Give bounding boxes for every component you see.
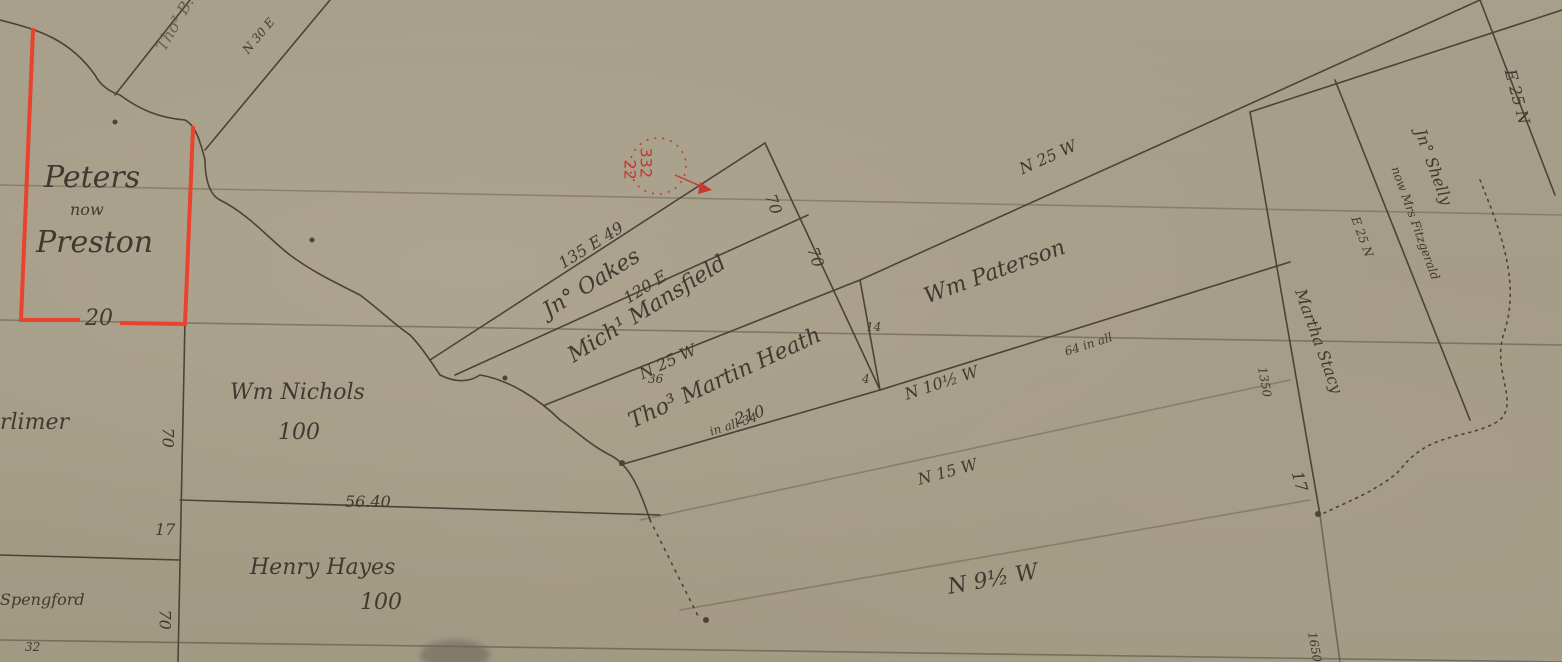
- label-spengford: Spengford: [0, 590, 85, 609]
- label-now: now: [70, 200, 104, 219]
- measure-32: 32: [25, 640, 40, 654]
- ink-stain: [420, 640, 490, 662]
- measure-14: 14: [866, 320, 881, 334]
- acreage-nichols: 100: [278, 420, 320, 445]
- measure-20: 20: [85, 306, 113, 331]
- measure-70d: 70: [156, 610, 175, 630]
- label-peters: Peters: [44, 160, 140, 195]
- acreage-mansfield: 36: [648, 372, 663, 386]
- measure-56-40: 56.40: [345, 492, 391, 511]
- survey-lines: [0, 0, 1562, 662]
- label-lorimer: rlimer: [0, 410, 69, 435]
- acreage-hayes: 100: [360, 590, 402, 615]
- measure-17a: 17: [155, 520, 175, 539]
- measure-70c: 70: [159, 428, 178, 448]
- stamp-bottom: 22: [621, 160, 640, 180]
- label-nichols: Wm Nichols: [230, 380, 365, 405]
- label-hayes: Henry Hayes: [250, 555, 395, 580]
- measure-4: 4: [862, 372, 870, 386]
- label-preston: Preston: [36, 225, 153, 260]
- survey-map: Peters now Preston 20 332 22 Tho³ B... N…: [0, 0, 1562, 662]
